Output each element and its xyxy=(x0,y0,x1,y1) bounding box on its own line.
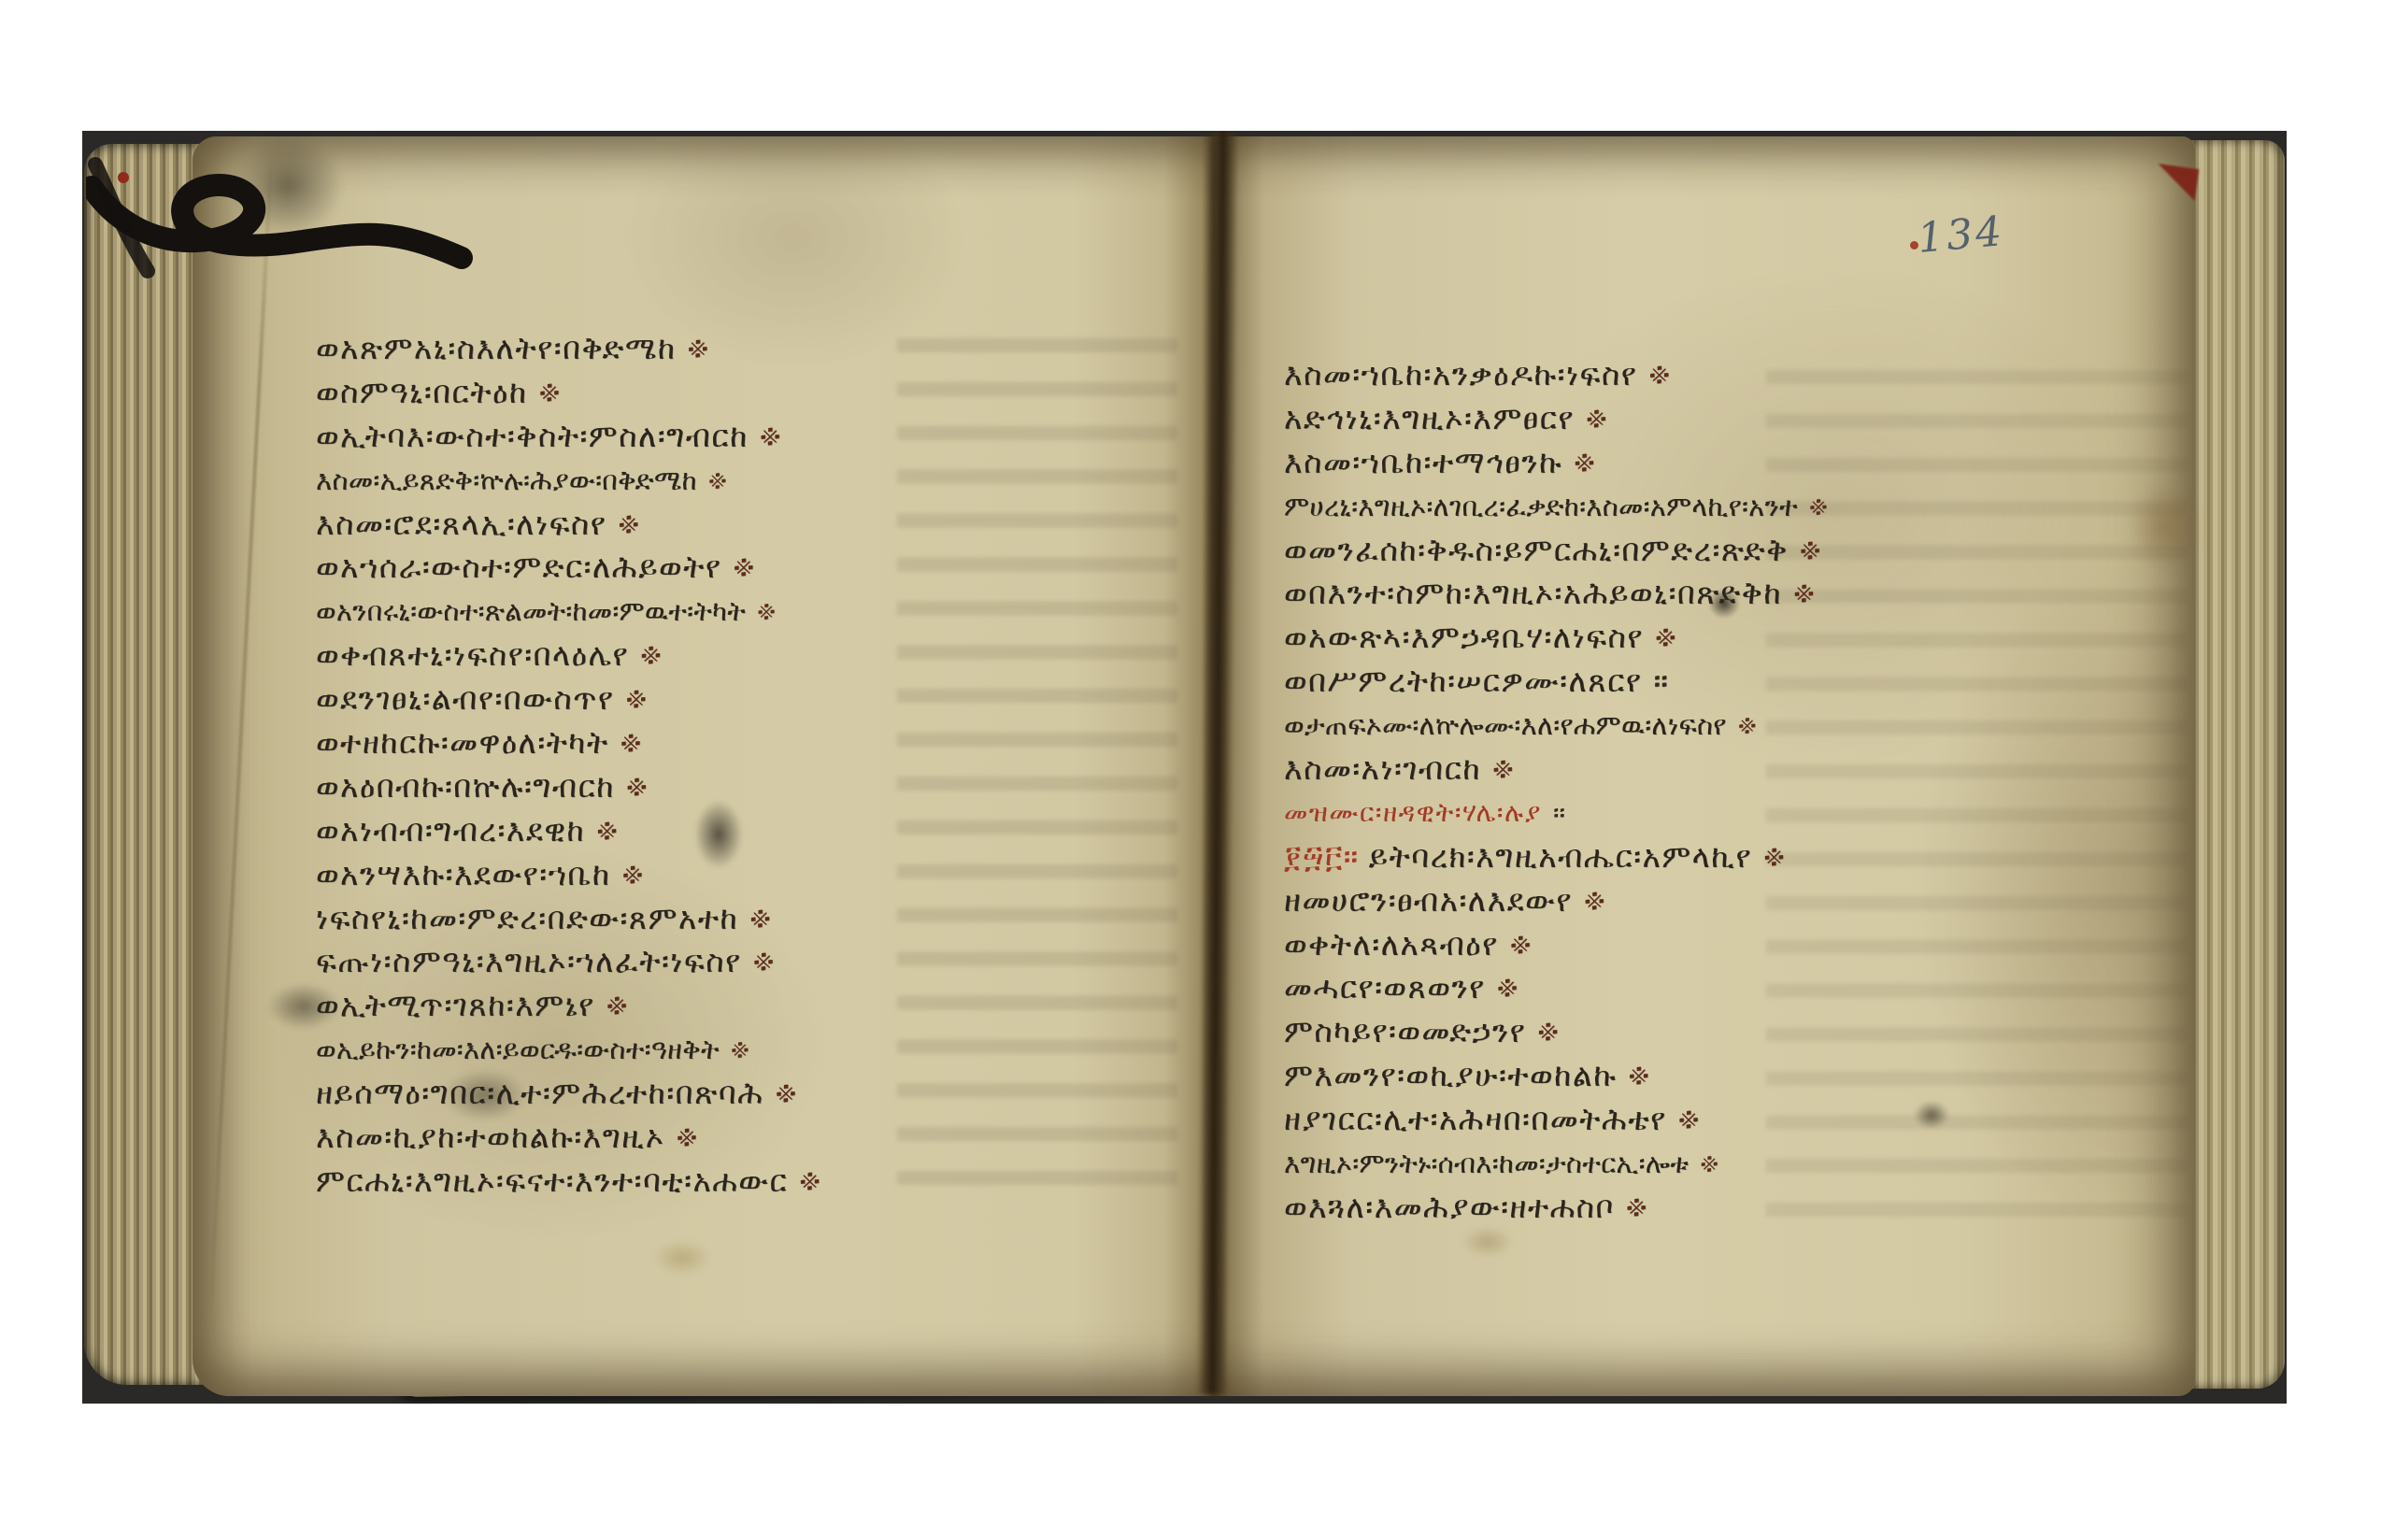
line-separator-mark: ፠ xyxy=(1763,838,1786,875)
line-text: ነፍስየኒ፡ከመ፡ምድረ፡በድው፡ጸምአተከ xyxy=(316,900,738,936)
text-line: ወአኀሰራ፡ውስተ፡ምድር፡ለሕይወትየ፠ xyxy=(316,546,821,590)
line-separator-mark: ፠ xyxy=(688,330,710,366)
text-line: ወኢትባእ፡ውስተ፡ቅስት፡ምስለ፡ግብርከ፠ xyxy=(316,415,821,459)
line-separator-mark: ፠ xyxy=(1809,491,1828,522)
text-line: እስመ፡ሮደ፡ጸላኢ፡ለነፍስየ፠ xyxy=(316,503,821,547)
text-line: ወእጓለ፡እመሕያው፡ዘተሐስቦ፠ xyxy=(1284,1186,1828,1230)
show-through-text xyxy=(1766,370,2187,1234)
line-separator-mark: ፠ xyxy=(1793,575,1816,611)
line-text: ወአኀሰራ፡ውስተ፡ምድር፡ለሕይወትየ xyxy=(316,549,721,585)
line-separator-mark: ። xyxy=(1653,663,1669,699)
line-text: መዝሙር፡ዘዳዊት፡ሃሌ፡ሉያ xyxy=(1284,797,1542,828)
text-line: ወበእንተ፡ስምከ፡እግዚኦ፡አሕይወኒ፡በጽድቅከ፠ xyxy=(1284,572,1828,616)
line-text: ወኢትባእ፡ውስተ፡ቅስት፡ምስለ፡ግብርከ xyxy=(316,418,749,454)
line-text: ምእመንየ፡ወኪያሁ፡ተወከልኩ xyxy=(1284,1057,1617,1093)
page-edge-stack-right xyxy=(2182,140,2285,1389)
text-line: እስመ፡ኀቤከ፡ተማኅፀንኩ፠ xyxy=(1284,441,1828,485)
line-text: ወቀብጸተኒ፡ነፍስየ፡በላዕሌየ xyxy=(316,636,629,673)
line-separator-mark: ፠ xyxy=(776,1075,798,1111)
text-line: ወኢይኩን፡ከመ፡እለ፡ይወርዱ፡ውስተ፡ዓዘቅት፠ xyxy=(316,1028,821,1072)
text-line: ወአውጽኣ፡እምኃዳቤሃ፡ለነፍስየ፠ xyxy=(1284,616,1828,660)
line-separator-mark: ፠ xyxy=(622,856,645,892)
text-line: ወበሥምረትከ፡ሠርዎሙ፡ለጸርየ። xyxy=(1284,660,1828,704)
line-text: ወደንገፀኒ፡ልብየ፡በውስጥየ xyxy=(316,680,614,717)
line-text: ወአነብብ፡ግብረ፡እደዊከ xyxy=(316,812,585,848)
text-line: ወቀትለ፡ለአጻብዕየ፠ xyxy=(1284,923,1828,967)
stain xyxy=(2129,482,2200,572)
line-text: ዘመሀሮን፡ፀብአ፡ለእደውየ xyxy=(1284,882,1573,919)
line-text: ምሀረኒ፡እግዚኦ፡ለገቢረ፡ፈቃድከ፡እስመ፡አምላኪየ፡አንተ xyxy=(1284,491,1798,522)
line-separator-mark: ፠ xyxy=(1648,356,1671,392)
line-separator-mark: ፠ xyxy=(760,418,782,454)
line-text: ዘያገርር፡ሊተ፡አሕዛበ፡በመትሕቴየ xyxy=(1284,1101,1667,1137)
text-line: ፻፵፫።ይትባረክ፡እግዚአብሔር፡አምላኪየ፠ xyxy=(1284,835,1828,879)
text-line: ፍጡነ፡ስምዓኒ፡እግዚኦ፡ኀለፈት፡ነፍስየ፠ xyxy=(316,940,821,984)
text-line: እስመ፡አነ፡ገብርከ፠ xyxy=(1284,748,1828,791)
line-separator-mark: ፠ xyxy=(640,636,663,673)
line-text: ዘይሰማዕ፡ግበር፡ሊተ፡ምሕረተከ፡በጽባሕ xyxy=(316,1075,764,1111)
text-line: እግዚኦ፡ምንትኑ፡ሰብእ፡ከመ፡ታስተርኢ፡ሎቱ፠ xyxy=(1284,1142,1828,1186)
line-text: ወአውጽኣ፡እምኃዳቤሃ፡ለነፍስየ xyxy=(1284,619,1644,655)
line-separator-mark: ፠ xyxy=(749,900,772,936)
line-separator-mark: ፠ xyxy=(799,1162,821,1199)
line-separator-mark: ፠ xyxy=(1510,926,1533,962)
text-line: ወተዘከርኩ፡መዋዕለ፡ትካት፠ xyxy=(316,721,821,765)
line-separator-mark: ፠ xyxy=(539,374,562,410)
line-separator-mark: ፠ xyxy=(596,812,619,848)
line-separator-mark: ፠ xyxy=(618,506,640,542)
line-separator-mark: ፠ xyxy=(1492,750,1515,787)
text-line: መሓርየ፡ወጸወንየ፠ xyxy=(1284,966,1828,1010)
line-separator-mark: ፠ xyxy=(733,549,755,585)
line-separator-mark: ፠ xyxy=(708,464,727,496)
line-text: ወስምዓኒ፡በርትዕከ xyxy=(316,374,528,410)
line-separator-mark: ፠ xyxy=(1586,400,1608,436)
text-line: መዝሙር፡ዘዳዊት፡ሃሌ፡ሉያ። xyxy=(1284,791,1828,835)
text-line: ምእመንየ፡ወኪያሁ፡ተወከልኩ፠ xyxy=(1284,1054,1828,1098)
line-text: እስመ፡ሮደ፡ጸላኢ፡ለነፍስየ xyxy=(316,506,606,542)
text-line: ምርሐኒ፡እግዚኦ፡ፍናተ፡እንተ፡ባቲ፡አሐውር፠ xyxy=(316,1160,821,1204)
text-line: ወኢትሚጥ፡ገጸከ፡እምኔየ፠ xyxy=(316,984,821,1028)
text-line: ወአነብብ፡ግብረ፡እደዊከ፠ xyxy=(316,809,821,853)
line-text: ወአዕበብኩ፡በኵሉ፡ግብርከ xyxy=(316,768,615,805)
line-text: ወተዘከርኩ፡መዋዕለ፡ትካት xyxy=(316,724,609,761)
text-line: ወታጠፍኦሙ፡ለኵሎሙ፡እለ፡የሐምዉ፡ለነፍስየ፠ xyxy=(1284,704,1828,748)
line-text: ወመንፈሰከ፡ቅዱስ፡ይምርሐኒ፡በምድረ፡ጽድቅ xyxy=(1284,532,1789,568)
text-line: እስመ፡ኪያከ፡ተወከልኩ፡እግዚኦ፠ xyxy=(316,1116,821,1160)
line-text: አድኅነኒ፡እግዚኦ፡እምፀርየ xyxy=(1284,400,1575,436)
stain xyxy=(1461,1226,1514,1258)
text-line: ዘይሰማዕ፡ግበር፡ሊተ፡ምሕረተከ፡በጽባሕ፠ xyxy=(316,1072,821,1116)
red-leather-corner xyxy=(2154,164,2199,201)
line-separator-mark: ፠ xyxy=(606,987,629,1023)
line-text: እስመ፡ኪያከ፡ተወከልኩ፡እግዚኦ xyxy=(316,1119,665,1155)
line-separator-mark: ፠ xyxy=(1678,1101,1701,1137)
line-text: መሓርየ፡ወጸወንየ xyxy=(1284,969,1486,1005)
line-separator-mark: ፠ xyxy=(1738,709,1757,741)
text-line: ምስካይየ፡ወመድኃንየ፠ xyxy=(1284,1010,1828,1054)
line-text: ወኢይኩን፡ከመ፡እለ፡ይወርዱ፡ውስተ፡ዓዘቅት xyxy=(316,1034,720,1065)
show-through-text xyxy=(897,338,1177,1207)
text-line: ወአንበሩኒ፡ውስተ፡ጽልመት፡ከመ፡ምዉተ፡ትካት፠ xyxy=(316,590,821,634)
text-line: ወስምዓኒ፡በርትዕከ፠ xyxy=(316,371,821,415)
text-line: ወቀብጸተኒ፡ነፍስየ፡በላዕሌየ፠ xyxy=(316,634,821,677)
line-separator-mark: ፠ xyxy=(1574,444,1596,480)
line-text: ምርሐኒ፡እግዚኦ፡ፍናተ፡እንተ፡ባቲ፡አሐውር xyxy=(316,1162,788,1199)
left-page-text: ወአጽምአኒ፡ስእለትየ፡በቅድሜከ፠ወስምዓኒ፡በርትዕከ፠ወኢትባእ፡ውስተ… xyxy=(316,327,821,1204)
line-separator-mark: ፠ xyxy=(620,724,643,761)
text-line: ዘመሀሮን፡ፀብአ፡ለእደውየ፠ xyxy=(1284,879,1828,923)
binding-thread-icon xyxy=(86,131,497,318)
line-separator-mark: ፠ xyxy=(626,768,649,805)
right-page-text: እስመ፡ኀቤከ፡አንቃዕዶኩ፡ነፍስየ፠አድኅነኒ፡እግዚኦ፡እምፀርየ፠እስመ… xyxy=(1284,353,1828,1230)
line-text: ወእጓለ፡እመሕያው፡ዘተሐስቦ xyxy=(1284,1189,1615,1225)
line-separator-mark: ፠ xyxy=(753,943,776,979)
line-separator-mark: ፠ xyxy=(1497,969,1519,1005)
text-line: እስመ፡ኀቤከ፡አንቃዕዶኩ፡ነፍስየ፠ xyxy=(1284,353,1828,397)
text-line: ወመንፈሰከ፡ቅዱስ፡ይምርሐኒ፡በምድረ፡ጽድቅ፠ xyxy=(1284,529,1828,573)
line-text: ወታጠፍኦሙ፡ለኵሎሙ፡እለ፡የሐምዉ፡ለነፍስየ xyxy=(1284,709,1727,741)
line-text: ወኢትሚጥ፡ገጸከ፡እምኔየ xyxy=(316,987,595,1023)
text-line: ወደንገፀኒ፡ልብየ፡በውስጥየ፠ xyxy=(316,677,821,721)
line-separator-mark: ፠ xyxy=(1628,1057,1650,1093)
line-text: እስመ፡አነ፡ገብርከ xyxy=(1284,750,1481,787)
line-separator-mark: ፠ xyxy=(1537,1013,1560,1049)
line-separator-mark: ፠ xyxy=(731,1034,749,1065)
line-text: ምስካይየ፡ወመድኃንየ xyxy=(1284,1013,1526,1049)
line-text: ወበሥምረትከ፡ሠርዎሙ፡ለጸርየ xyxy=(1284,663,1642,699)
psalm-number-rubric: ፻፵፫። xyxy=(1284,838,1360,875)
line-text: እስመ፡ኀቤከ፡ተማኅፀንኩ xyxy=(1284,444,1562,480)
line-text: ወአንሣእኩ፡እደውየ፡ኀቤከ xyxy=(316,856,611,892)
text-line: ወአንሣእኩ፡እደውየ፡ኀቤከ፠ xyxy=(316,853,821,897)
line-text: እግዚኦ፡ምንትኑ፡ሰብእ፡ከመ፡ታስተርኢ፡ሎቱ xyxy=(1284,1148,1689,1179)
text-line: ወአጽምአኒ፡ስእለትየ፡በቅድሜከ፠ xyxy=(316,327,821,371)
text-line: አድኅነኒ፡እግዚኦ፡እምፀርየ፠ xyxy=(1284,397,1828,441)
stain xyxy=(652,1239,712,1276)
line-separator-mark: ፠ xyxy=(1655,619,1677,655)
folio-number: 134 xyxy=(1916,207,2006,263)
line-separator-mark: ፠ xyxy=(1800,532,1822,568)
line-separator-mark: ። xyxy=(1553,797,1567,828)
line-text: ወአጽምአኒ፡ስእለትየ፡በቅድሜከ xyxy=(316,330,677,366)
text-line: እስመ፡ኢይጸድቅ፡ኵሉ፡ሕያው፡በቅድሜከ፠ xyxy=(316,459,821,503)
line-separator-mark: ፠ xyxy=(1626,1189,1648,1225)
line-text: ይትባረክ፡እግዚአብሔር፡አምላኪየ xyxy=(1369,838,1753,875)
text-line: ነፍስየኒ፡ከመ፡ምድረ፡በድው፡ጸምአተከ፠ xyxy=(316,897,821,941)
line-text: ወአንበሩኒ፡ውስተ፡ጽልመት፡ከመ፡ምዉተ፡ትካት xyxy=(316,595,746,627)
line-separator-mark: ፠ xyxy=(677,1119,699,1155)
line-text: እስመ፡ኢይጸድቅ፡ኵሉ፡ሕያው፡በቅድሜከ xyxy=(316,464,697,496)
text-line: ወአዕበብኩ፡በኵሉ፡ግብርከ፠ xyxy=(316,765,821,809)
line-separator-mark: ፠ xyxy=(757,595,776,627)
line-separator-mark: ፠ xyxy=(625,680,648,717)
line-separator-mark: ፠ xyxy=(1584,882,1606,919)
line-text: ወበእንተ፡ስምከ፡እግዚኦ፡አሕይወኒ፡በጽድቅከ xyxy=(1284,575,1782,611)
manuscript-photo: 134 ወአጽምአኒ፡ስእለትየ፡በቅድሜከ፠ወስምዓኒ፡በርትዕከ፠ወኢትባእ… xyxy=(82,131,2287,1404)
stain xyxy=(1914,1101,1949,1129)
line-separator-mark: ፠ xyxy=(1700,1148,1718,1179)
text-line: ዘያገርር፡ሊተ፡አሕዛበ፡በመትሕቴየ፠ xyxy=(1284,1098,1828,1142)
line-text: እስመ፡ኀቤከ፡አንቃዕዶኩ፡ነፍስየ xyxy=(1284,356,1637,392)
line-text: ወቀትለ፡ለአጻብዕየ xyxy=(1284,926,1499,962)
line-text: ፍጡነ፡ስምዓኒ፡እግዚኦ፡ኀለፈት፡ነፍስየ xyxy=(316,943,742,979)
text-line: ምሀረኒ፡እግዚኦ፡ለገቢረ፡ፈቃድከ፡እስመ፡አምላኪየ፡አንተ፠ xyxy=(1284,485,1828,529)
